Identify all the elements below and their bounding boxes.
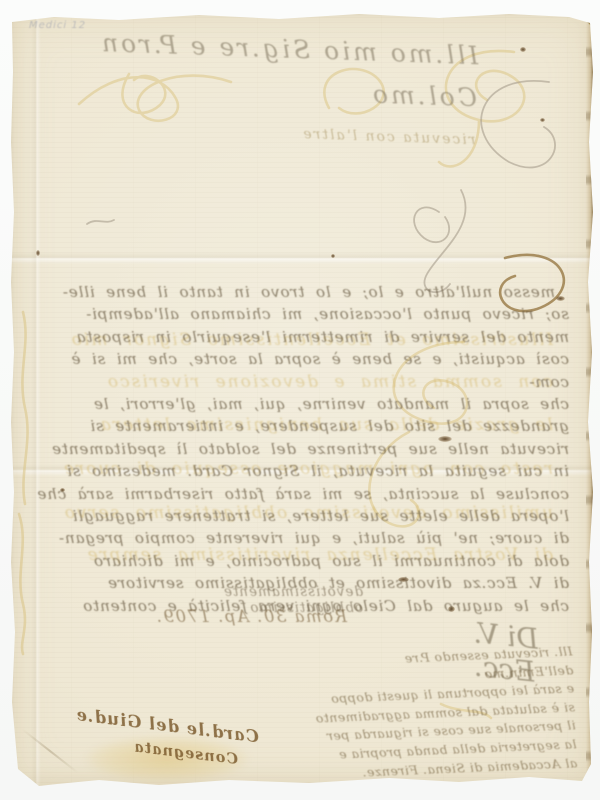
body-text-line: l'opera delle elette sue lettere, si tra… bbox=[27, 505, 569, 527]
vertical-fold-crease bbox=[31, 12, 41, 789]
dateline: Roma 30. Ap. 1709. bbox=[99, 607, 347, 626]
postscript-line: al Accademia di Siena. Firenze. bbox=[317, 754, 578, 784]
foxing-spot bbox=[60, 488, 65, 492]
body-text-line: messo null'altro e lo; e lo trovo in tan… bbox=[27, 281, 569, 303]
body-text-line: in cui seguita la ricevuta, il Signor Ca… bbox=[27, 460, 569, 482]
flourish-ornaments-icon bbox=[9, 12, 594, 789]
corner-fold bbox=[579, 12, 594, 40]
salutation-line: Ill.mo mio Sig.re e P.ron Col.mo bbox=[58, 21, 479, 120]
valediction-initials: Di V. Ecc. bbox=[404, 609, 540, 688]
postscript-line: la segreteria della banda propria e bbox=[316, 735, 577, 765]
body-text-line: di cuore; ne' più saluti, e qui riverent… bbox=[27, 527, 569, 549]
postscript-line: il personale sue cose si riguarda per bbox=[316, 717, 577, 747]
foxing-spot bbox=[331, 254, 335, 258]
body-text-line: so; ricevo punto l'occasione, mi chiaman… bbox=[27, 303, 569, 325]
closing-line: devotissimamente obbligatissimo bbox=[113, 584, 363, 616]
body-text-line: grandezze del sito del suspendere, e int… bbox=[27, 415, 569, 437]
rubric-bleed-line: Illustrissimo et Eccellentissimo Signor … bbox=[33, 330, 553, 350]
body-text-line: di V. Ecc.za divotissimo et obbligatissi… bbox=[27, 572, 569, 594]
manuscript-sheet: Medici 12 Ill.mo mio Sig.re e P.ron Col.… bbox=[9, 12, 594, 789]
foxing-spot bbox=[36, 250, 40, 256]
horizontal-fold-crease bbox=[9, 252, 594, 264]
foxing-spot bbox=[448, 606, 455, 612]
body-text-line: che le auguro dal Cielo ogni vera felici… bbox=[27, 595, 569, 617]
ink-smudge bbox=[398, 577, 409, 582]
corner-crease bbox=[22, 729, 78, 774]
body-text-line: dola di continuarmi il suo padrocinio, e… bbox=[27, 550, 569, 572]
foxing-spot bbox=[540, 118, 545, 122]
horizontal-fold-crease bbox=[9, 464, 594, 476]
postscript-block-bleedthrough: Ill. ricevuta essendo P.re dell'Emin.moe… bbox=[312, 642, 577, 783]
rubric-bleed-line: di Vostra Eccellenza riveritissima sempr… bbox=[33, 545, 553, 565]
docket-line: Consegnata bbox=[51, 725, 258, 775]
foxing-spot bbox=[520, 47, 526, 52]
yellow-stain bbox=[87, 736, 247, 782]
rubric-bleed-line: le grazie della sua benignissima lettera bbox=[33, 415, 553, 435]
postscript-line: si è salutata dal somma aggradimento bbox=[315, 698, 576, 728]
rubric-bleed-line: umilissimo devotissimo obbligatissimo se… bbox=[33, 503, 553, 523]
laid-paper-texture bbox=[9, 12, 594, 789]
body-text-line: concluse la succinta, se mi sarà fatto r… bbox=[27, 483, 569, 505]
archival-pencil-note: Medici 12 bbox=[29, 20, 124, 31]
letter-body-bleedthrough: messo null'altro e lo; e lo trovo in tan… bbox=[27, 281, 569, 617]
rubric-bleed-line: con somma stima e devozione riverisco bbox=[33, 372, 553, 392]
edge-tear bbox=[10, 756, 14, 780]
postscript-line: e sarà lei opportuna li questi doppo bbox=[314, 680, 575, 710]
ink-smudge bbox=[438, 436, 452, 442]
foxing-spot bbox=[556, 296, 565, 301]
docket-line: Card.le del Giud.e bbox=[54, 700, 261, 750]
postscript-line: Ill. ricevuta essendo P.re dell'Emin.mo bbox=[312, 642, 573, 690]
docket-annotation: Card.le del Giud.eConsegnata bbox=[51, 700, 261, 775]
body-text-line: così acquisti, e se bene è sopra la sort… bbox=[27, 348, 569, 393]
rubric-bleed-line: resto con ogni maggiore ossequio di cuor… bbox=[33, 459, 553, 479]
body-text-line: ricevuta nelle sue pertinenze del soldat… bbox=[27, 438, 569, 460]
body-text-line: mento del servire di rimettermi l'esequi… bbox=[27, 326, 569, 348]
salutation-subline: ricevuta con l'altre bbox=[57, 105, 476, 162]
body-text-line: che sopra il mandato venirne, qui, mai, … bbox=[27, 393, 569, 415]
letter-salutation-bleedthrough: Ill.mo mio Sig.re e P.ron Col.mo ricevut… bbox=[57, 21, 479, 162]
deckled-right-edge bbox=[586, 20, 594, 781]
